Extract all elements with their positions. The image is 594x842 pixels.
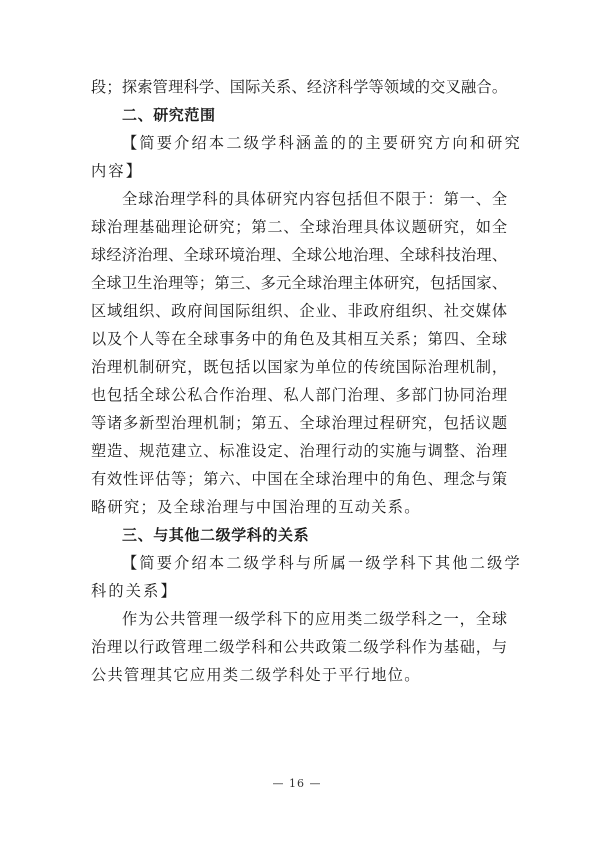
page-content: 段；探索管理科学、国际关系、经济科学等领域的交叉融合。 二、研究范围 【简要介绍… [91,73,507,689]
body-text-line: 球治理基础理论研究；第二、全球治理具体议题研究，如全 [91,213,507,241]
body-text-line: 有效性评估等；第六、中国在全球治理中的角色、理念与策 [91,465,507,493]
section-instruction-line: 【简要介绍本二级学科涵盖的的主要研究方向和研究 [91,129,507,157]
body-text-line: 治理以行政管理二级学科和公共政策二级学科作为基础，与 [91,633,507,661]
section-heading-research-scope: 二、研究范围 [91,101,507,129]
section-instruction-line: 科的关系】 [91,577,507,605]
body-text-line: 区域组织、政府间国际组织、企业、非政府组织、社交媒体 [91,297,507,325]
body-text-line: 也包括全球公私合作治理、私人部门治理、多部门协同治理 [91,381,507,409]
body-text-line: 公共管理其它应用类二级学科处于平行地位。 [91,661,507,689]
body-text-line: 治理机制研究，既包括以国家为单位的传统国际治理机制， [91,353,507,381]
body-text-line: 球经济治理、全球环境治理、全球公地治理、全球科技治理、 [91,241,507,269]
body-text-line: 作为公共管理一级学科下的应用类二级学科之一，全球 [91,605,507,633]
document-page: 段；探索管理科学、国际关系、经济科学等领域的交叉融合。 二、研究范围 【简要介绍… [0,0,594,842]
section-instruction-line: 内容】 [91,157,507,185]
body-text-line: 略研究；及全球治理与中国治理的互动关系。 [91,493,507,521]
body-text-line: 塑造、规范建立、标准设定、治理行动的实施与调整、治理 [91,437,507,465]
page-number: — 16 — [0,777,594,790]
paragraph-continuation-line: 段；探索管理科学、国际关系、经济科学等领域的交叉融合。 [91,73,507,101]
section-heading-relations: 三、与其他二级学科的关系 [91,521,507,549]
section-instruction-line: 【简要介绍本二级学科与所属一级学科下其他二级学 [91,549,507,577]
body-text-line: 以及个人等在全球事务中的角色及其相互关系；第四、全球 [91,325,507,353]
body-text-line: 等诸多新型治理机制；第五、全球治理过程研究，包括议题 [91,409,507,437]
body-text-line: 全球卫生治理等；第三、多元全球治理主体研究，包括国家、 [91,269,507,297]
body-text-line: 全球治理学科的具体研究内容包括但不限于：第一、全 [91,185,507,213]
